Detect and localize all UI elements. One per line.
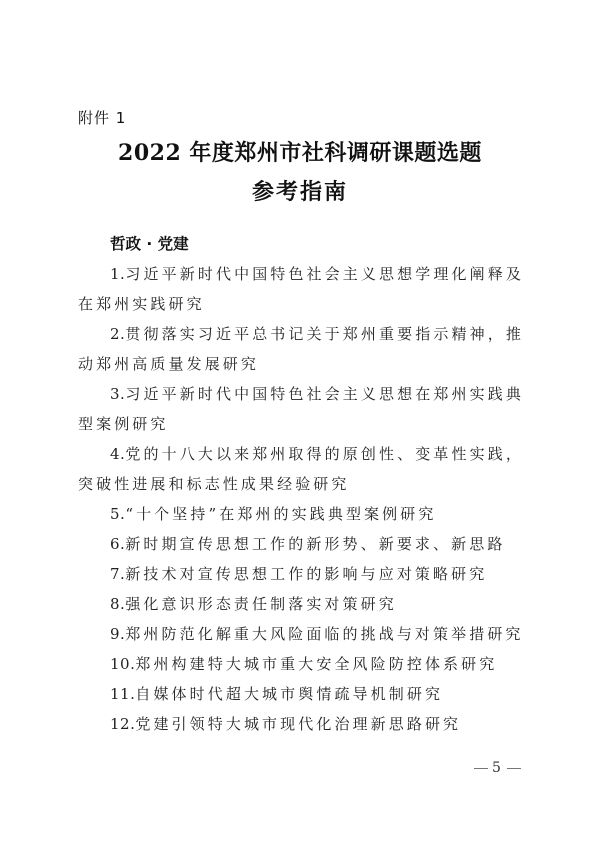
item-text: 党建引领特大城市现代化治理新思路研究 <box>135 715 461 733</box>
list-item: 9.郑州防范化解重大风险面临的挑战与对策举措研究 <box>78 619 524 649</box>
item-number: 11. <box>110 685 135 703</box>
item-number: 2. <box>110 325 125 343</box>
item-text: 强化意识形态责任制落实对策研究 <box>125 595 397 613</box>
item-text: 郑州构建特大城市重大安全风险防控体系研究 <box>135 655 497 673</box>
item-text: 新时期宣传思想工作的新形势、新要求、新思路 <box>125 535 505 553</box>
item-number: 10. <box>110 655 135 673</box>
list-item: 6.新时期宣传思想工作的新形势、新要求、新思路 <box>78 529 524 559</box>
page-number-value: 5 <box>492 760 503 776</box>
list-item: 11.自媒体时代超大城市舆情疏导机制研究 <box>78 679 524 709</box>
dash-right <box>507 768 521 769</box>
list-item: 7.新技术对宣传思想工作的影响与应对策略研究 <box>78 559 524 589</box>
page-number: 5 <box>470 760 525 776</box>
item-text: 习近平新时代中国特色社会主义思想在郑州实践典型案例研究 <box>78 385 524 433</box>
item-text: 郑州防范化解重大风险面临的挑战与对策举措研究 <box>125 625 523 643</box>
item-number: 6. <box>110 535 125 553</box>
item-text: 贯彻落实习近平总书记关于郑州重要指示精神，推动郑州高质量发展研究 <box>78 325 524 373</box>
item-text: 习近平新时代中国特色社会主义思想学理化阐释及在郑州实践研究 <box>78 265 524 313</box>
list-item: 2.贯彻落实习近平总书记关于郑州重要指示精神，推动郑州高质量发展研究 <box>78 319 524 379</box>
list-item: 1.习近平新时代中国特色社会主义思想学理化阐释及在郑州实践研究 <box>78 259 524 319</box>
list-item: 5.“十个坚持”在郑州的实践典型案例研究 <box>78 499 524 529</box>
item-number: 1. <box>110 265 125 283</box>
item-number: 5. <box>110 505 125 523</box>
item-number: 3. <box>110 385 125 403</box>
document-page: 附件 1 2022 年度郑州市社科调研课题选题 参考指南 哲政 · 党建 1.习… <box>0 0 600 848</box>
item-text: 党的十八大以来郑州取得的原创性、变革性实践，突破性进展和标志性成果经验研究 <box>78 445 524 493</box>
list-item: 12.党建引领特大城市现代化治理新思路研究 <box>78 709 524 739</box>
item-text: 新技术对宣传思想工作的影响与应对策略研究 <box>125 565 487 583</box>
item-number: 7. <box>110 565 125 583</box>
document-title-line1: 2022 年度郑州市社科调研课题选题 <box>0 136 600 167</box>
item-text: 自媒体时代超大城市舆情疏导机制研究 <box>135 685 443 703</box>
list-item: 8.强化意识形态责任制落实对策研究 <box>78 589 524 619</box>
list-item: 4.党的十八大以来郑州取得的原创性、变革性实践，突破性进展和标志性成果经验研究 <box>78 439 524 499</box>
item-number: 8. <box>110 595 125 613</box>
item-text: “十个坚持”在郑州的实践典型案例研究 <box>125 505 436 523</box>
item-number: 12. <box>110 715 135 733</box>
item-number: 9. <box>110 625 125 643</box>
topic-list: 1.习近平新时代中国特色社会主义思想学理化阐释及在郑州实践研究 2.贯彻落实习近… <box>78 259 524 739</box>
list-item: 3.习近平新时代中国特色社会主义思想在郑州实践典型案例研究 <box>78 379 524 439</box>
document-title-line2: 参考指南 <box>0 175 600 206</box>
attachment-label: 附件 1 <box>78 107 126 128</box>
list-item: 10.郑州构建特大城市重大安全风险防控体系研究 <box>78 649 524 679</box>
item-number: 4. <box>110 445 125 463</box>
section-heading: 哲政 · 党建 <box>110 232 189 254</box>
dash-left <box>474 768 488 769</box>
